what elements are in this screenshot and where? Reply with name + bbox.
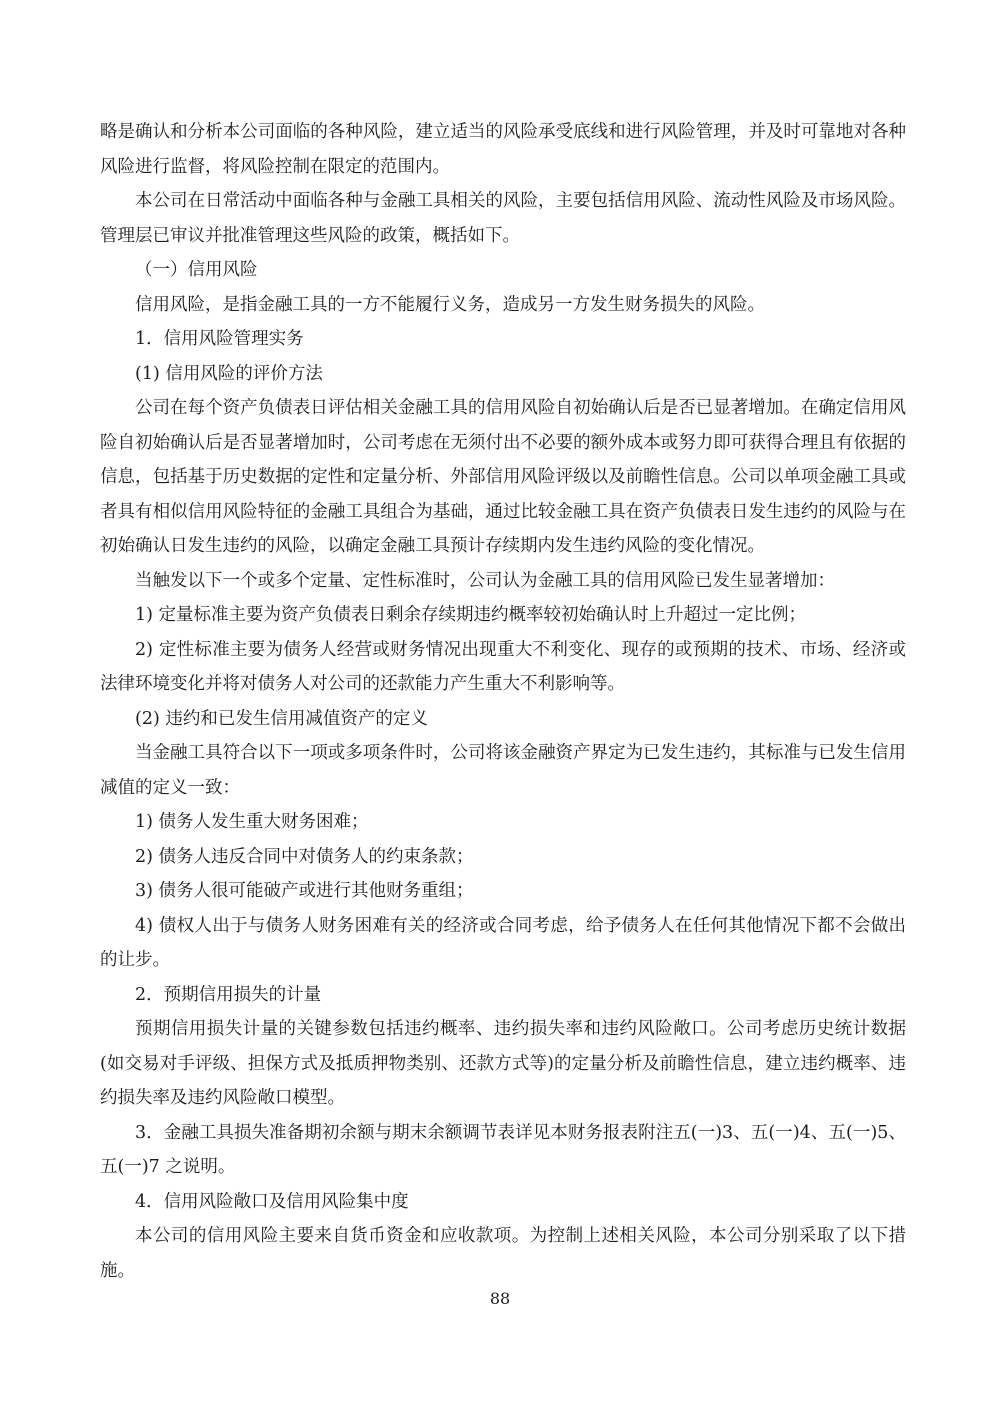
- section-heading-credit-risk: （一）信用风险: [100, 253, 906, 288]
- body-paragraph-evaluation-method-detail: 公司在每个资产负债表日评估相关金融工具的信用风险自初始确认后是否已显著增加。在确…: [100, 391, 906, 564]
- body-paragraph-credit-risk-sources: 本公司的信用风险主要来自货币资金和应收款项。为控制上述相关风险，本公司分别采取了…: [100, 1219, 906, 1288]
- subsection-heading-credit-exposure: 4．信用风险敞口及信用风险集中度: [100, 1185, 906, 1220]
- list-item-default-condition-2: 2) 债务人违反合同中对债务人的约束条款；: [100, 840, 906, 875]
- subsection-heading-evaluation-method: (1) 信用风险的评价方法: [100, 357, 906, 392]
- body-paragraph-credit-risk-definition: 信用风险，是指金融工具的一方不能履行义务，造成另一方发生财务损失的风险。: [100, 288, 906, 323]
- page-number: 88: [490, 1289, 510, 1308]
- body-paragraph-financial-instrument-risks: 本公司在日常活动中面临各种与金融工具相关的风险，主要包括信用风险、流动性风险及市…: [100, 184, 906, 253]
- body-paragraph-criteria-intro: 当触发以下一个或多个定量、定性标准时，公司认为金融工具的信用风险已发生显著增加：: [100, 564, 906, 599]
- subsection-heading-default-definition: (2) 违约和已发生信用减值资产的定义: [100, 702, 906, 737]
- body-paragraph-loss-provision-reference: 3．金融工具损失准备期初余额与期末余额调节表详见本财务报表附注五(一)3、五(一…: [100, 1116, 906, 1185]
- list-item-default-condition-3: 3) 债务人很可能破产或进行其他财务重组；: [100, 874, 906, 909]
- body-paragraph-default-conditions-intro: 当金融工具符合以下一项或多项条件时，公司将该金融资产界定为已发生违约，其标准与已…: [100, 736, 906, 805]
- body-paragraph-ecl-parameters: 预期信用损失计量的关键参数包括违约概率、违约损失率和违约风险敞口。公司考虑历史统…: [100, 1012, 906, 1116]
- subsection-heading-credit-risk-management: 1．信用风险管理实务: [100, 322, 906, 357]
- list-item-quantitative-criteria: 1) 定量标准主要为资产负债表日剩余存续期违约概率较初始确认时上升超过一定比例；: [100, 598, 906, 633]
- list-item-default-condition-1: 1) 债务人发生重大财务困难；: [100, 805, 906, 840]
- subsection-heading-ecl-measurement: 2．预期信用损失的计量: [100, 978, 906, 1013]
- page-footer: 88: [0, 1288, 1000, 1310]
- list-item-qualitative-criteria: 2) 定性标准主要为债务人经营或财务情况出现重大不利变化、现存的或预期的技术、市…: [100, 633, 906, 702]
- document-page: 略是确认和分析本公司面临的各种风险，建立适当的风险承受底线和进行风险管理，并及时…: [0, 0, 1000, 1414]
- body-paragraph-risk-strategy-continued: 略是确认和分析本公司面临的各种风险，建立适当的风险承受底线和进行风险管理，并及时…: [100, 115, 906, 184]
- list-item-default-condition-4: 4) 债权人出于与债务人财务困难有关的经济或合同考虑，给予债务人在任何其他情况下…: [100, 909, 906, 978]
- document-body: 略是确认和分析本公司面临的各种风险，建立适当的风险承受底线和进行风险管理，并及时…: [100, 115, 906, 1288]
